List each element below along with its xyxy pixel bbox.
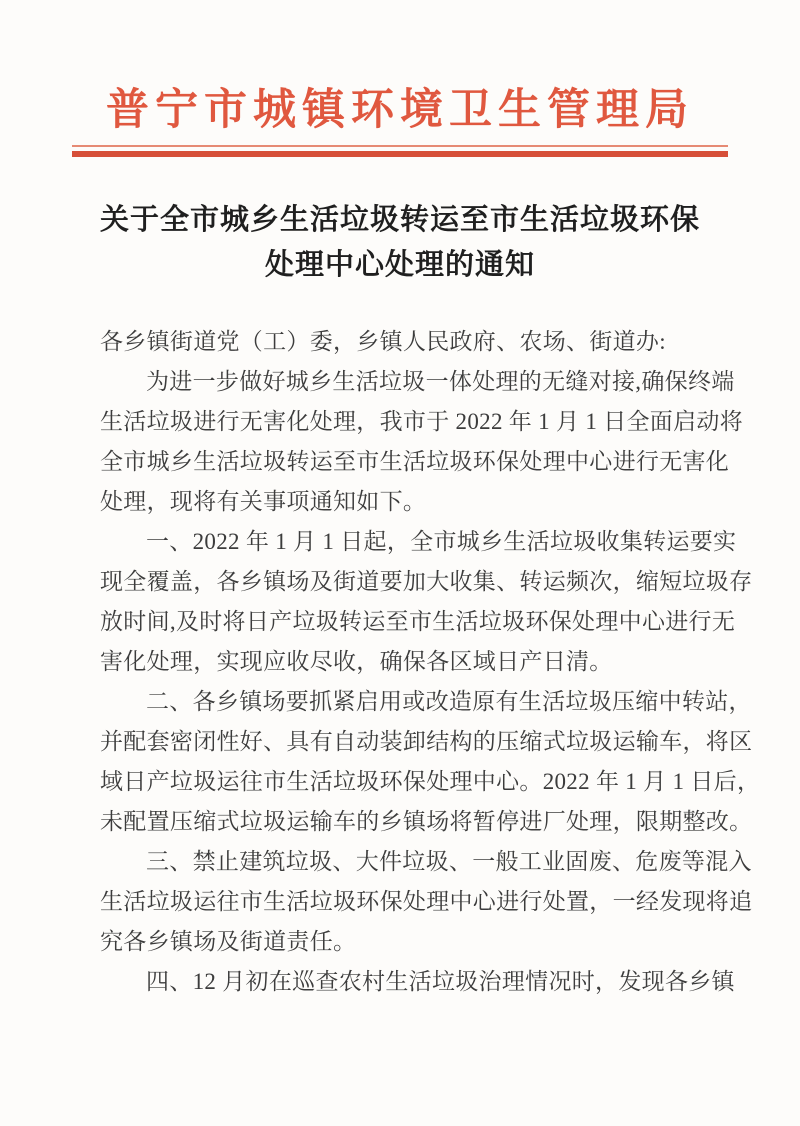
document-title-line-2: 处理中心处理的通知: [0, 243, 800, 288]
text-line: 全市城乡生活垃圾转运至市生活垃圾环保处理中心进行无害化: [100, 442, 718, 482]
text-line: 生活垃圾运往市生活垃圾环保处理中心进行处置，一经发现将追: [100, 882, 718, 922]
document-title-line-1: 关于全市城乡生活垃圾转运至市生活垃圾环保: [0, 198, 800, 243]
text-line: 放时间,及时将日产垃圾转运至市生活垃圾环保处理中心进行无: [100, 602, 718, 642]
text-line: 三、禁止建筑垃圾、大件垃圾、一般工业固废、危废等混入: [100, 842, 718, 882]
agency-header-title: 普宁市城镇环境卫生管理局: [0, 76, 800, 137]
paragraph-item-3: 三、禁止建筑垃圾、大件垃圾、一般工业固废、危废等混入 生活垃圾运往市生活垃圾环保…: [100, 842, 718, 962]
text-line: 一、2022 年 1 月 1 日起，全市城乡生活垃圾收集转运要实: [100, 522, 718, 562]
text-line: 并配套密闭性好、具有自动装卸结构的压缩式垃圾运输车，将区: [100, 722, 718, 762]
text-line: 处理，现将有关事项通知如下。: [100, 482, 718, 522]
text-line: 害化处理，实现应收尽收，确保各区域日产日清。: [100, 642, 718, 682]
text-line: 域日产垃圾运往市生活垃圾环保处理中心。2022 年 1 月 1 日后，: [100, 762, 718, 802]
paragraph-intro: 为进一步做好城乡生活垃圾一体处理的无缝对接,确保终端 生活垃圾进行无害化处理，我…: [100, 362, 718, 522]
document-body: 各乡镇街道党（工）委，乡镇人民政府、农场、街道办: 为进一步做好城乡生活垃圾一体…: [100, 322, 718, 1002]
header-rule-thick-line: [72, 151, 728, 157]
text-line: 四、12 月初在巡查农村生活垃圾治理情况时，发现各乡镇: [100, 962, 718, 1002]
text-line: 为进一步做好城乡生活垃圾一体处理的无缝对接,确保终端: [100, 362, 718, 402]
text-line: 二、各乡镇场要抓紧启用或改造原有生活垃圾压缩中转站，: [100, 682, 718, 722]
paragraph-item-2: 二、各乡镇场要抓紧启用或改造原有生活垃圾压缩中转站， 并配套密闭性好、具有自动装…: [100, 682, 718, 842]
document-title: 关于全市城乡生活垃圾转运至市生活垃圾环保 处理中心处理的通知: [0, 198, 800, 288]
text-line: 生活垃圾进行无害化处理，我市于 2022 年 1 月 1 日全面启动将: [100, 402, 718, 442]
text-line: 究各乡镇场及街道责任。: [100, 922, 718, 962]
text-line: 未配置压缩式垃圾运输车的乡镇场将暂停进厂处理，限期整改。: [100, 802, 718, 842]
paragraph-item-4: 四、12 月初在巡查农村生活垃圾治理情况时，发现各乡镇: [100, 962, 718, 1002]
salutation-line: 各乡镇街道党（工）委，乡镇人民政府、农场、街道办:: [100, 322, 718, 362]
text-line: 现全覆盖，各乡镇场及街道要加大收集、转运频次，缩短垃圾存: [100, 562, 718, 602]
paragraph-item-1: 一、2022 年 1 月 1 日起，全市城乡生活垃圾收集转运要实 现全覆盖，各乡…: [100, 522, 718, 682]
header-rule-thin-line: [72, 145, 728, 147]
document-page: 普宁市城镇环境卫生管理局 关于全市城乡生活垃圾转运至市生活垃圾环保 处理中心处理…: [0, 0, 800, 1126]
header-rule: [72, 145, 728, 157]
